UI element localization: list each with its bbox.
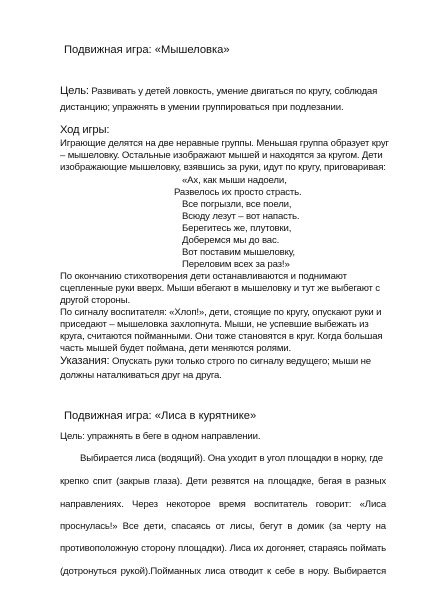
game2-body-line: крепко спит (закрыв глаза). Дети резвятс… [60,476,386,488]
after-line: По сигналу воспитателя: «Хлоп!», дети, с… [60,307,381,319]
poem-line: Переловим всех за раз!» [182,259,290,271]
poem-line: Доберемся мы до вас. [182,235,279,247]
course-label: Ход игры: [60,124,109,136]
game2-body-line: Выбирается лиса (водящий). Она уходит в … [80,453,383,465]
game1-goal-line-1: Цель: Развивать у детей ловкость, умение… [60,85,377,98]
game2-title: Подвижная игра: «Лиса в курятнике» [64,410,256,422]
after-line: приседают – мышеловка захлопнута. Мыши, … [60,319,369,331]
course-line: – мышеловку. Остальные изображают мышей … [60,150,383,162]
notes-line-2: должны наталкиваться друг на друга. [60,370,222,382]
game2-body-line: проснулась!» Все дети, спасаясь от лисы,… [60,521,386,533]
poem-line: Вот поставим мышеловку, [182,247,295,259]
poem-line: Берегитесь же, плутовки, [182,223,291,235]
poem-line: «Ах, как мыши надоели, [182,175,287,187]
game1-title: Подвижная игра: «Мышеловка» [64,44,230,56]
after-line: сцепленные руки вверх. Мыши вбегают в мы… [60,283,380,295]
poem-line: Всюду лезут – вот напасть. [182,211,299,223]
game2-body-line: противоположную сторону площадки). Лиса … [60,543,386,555]
poem-line: Все погрызли, все поели, [182,199,291,211]
game2-body-line: направлениях. Через некоторое время восп… [60,499,386,511]
after-line: круга, считаются пойманными. Они тоже ст… [60,331,382,343]
goal-label: Цель: [60,85,89,97]
game1-goal-line-2: дистанцию; упражнять в умении группирова… [60,102,343,114]
game2-goal: Цель: упражнять в беге в одном направлен… [60,431,260,443]
notes-line-1: Указания: Опускать руки только строго по… [60,355,371,368]
course-line: Играющие делятся на две неравные группы.… [60,138,389,150]
poem-line: Развелось их просто страсть. [174,187,302,199]
after-line: другой стороны. [60,295,130,307]
course-line: изображающие мышеловку, взявшись за руки… [60,162,386,174]
game2-body-line: (дотронуться рукой).Пойманных лиса отвод… [60,566,386,578]
after-line: часть мышей будет поймана, дети меняются… [60,343,291,355]
after-line: По окончанию стихотворения дети останавл… [60,271,347,283]
notes-label: Указания: [60,355,109,367]
